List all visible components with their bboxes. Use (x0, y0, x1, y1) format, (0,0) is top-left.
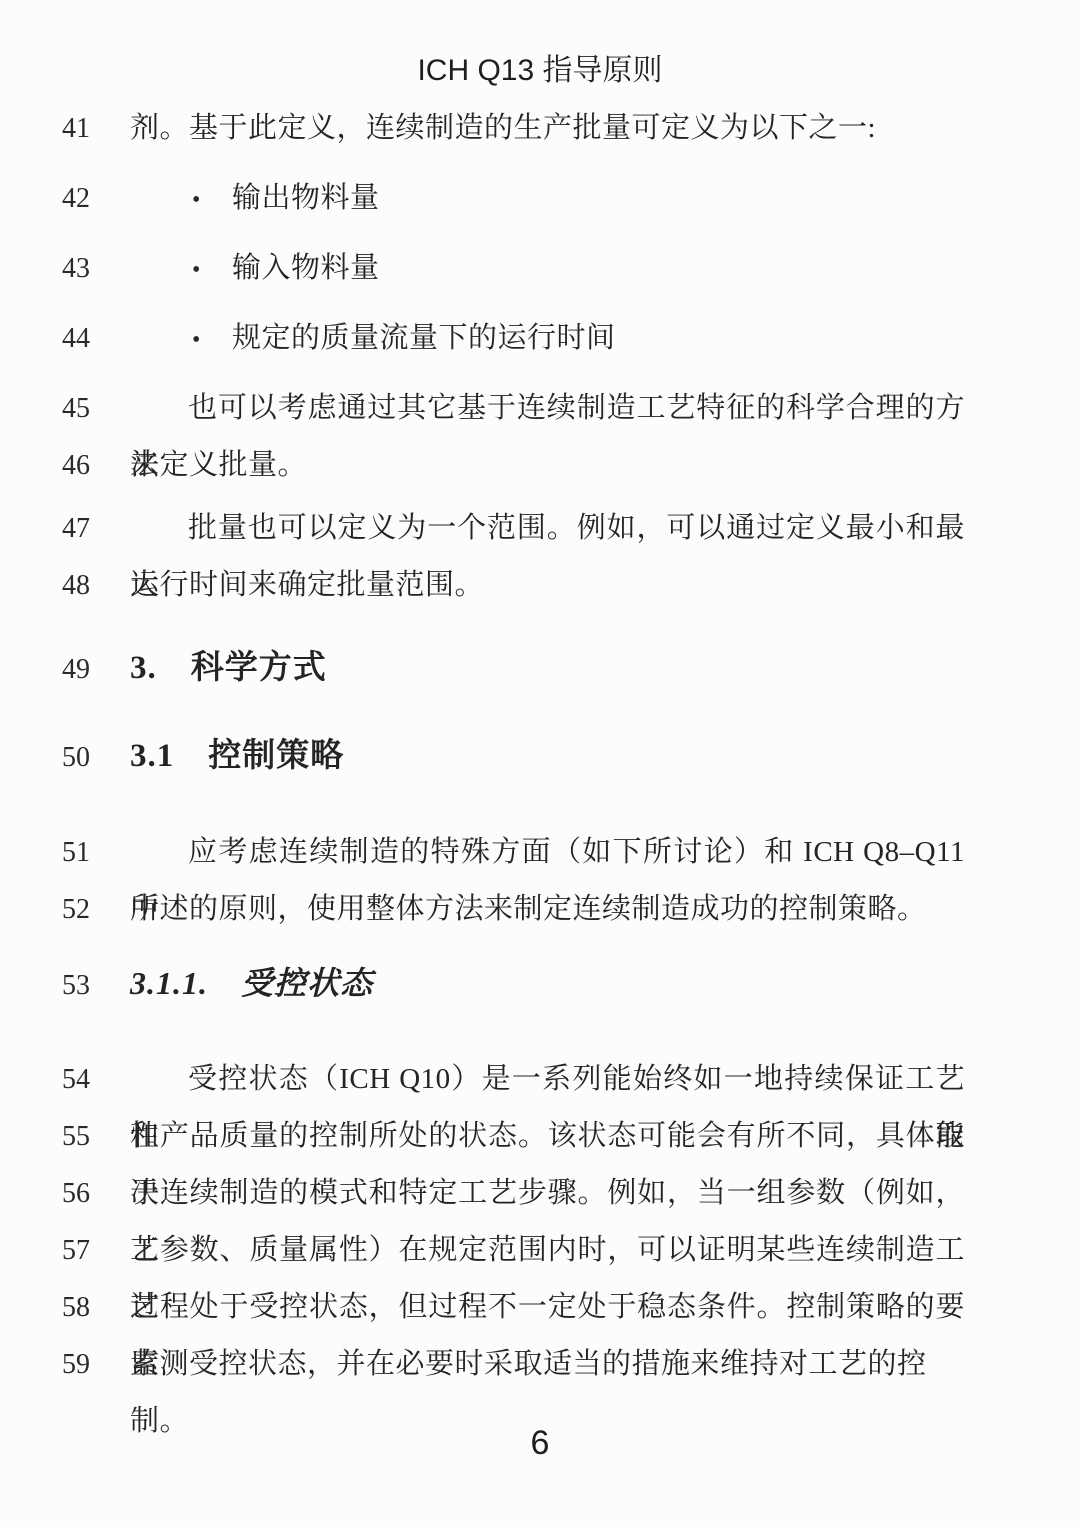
line-number: 43 (62, 240, 130, 297)
doc-line-58: 58过程处于受控状态，但过程不一定处于稳态条件。控制策略的要素 (62, 1279, 965, 1336)
doc-line-55: 55和产品质量的控制所处的状态。该状态可能会有所不同，具体取决 (62, 1108, 965, 1165)
line-number: 53 (62, 955, 130, 1017)
line-number: 52 (62, 881, 130, 938)
page-header: ICH Q13 指导原则 (0, 0, 1080, 92)
line-number: 45 (62, 380, 130, 437)
doc-line-53: 533.1.1. 受控状态 (62, 952, 965, 1014)
doc-line-57: 57艺参数、质量属性）在规定范围内时，可以证明某些连续制造工艺 (62, 1222, 965, 1279)
line-text: 3. 科学方式 (130, 637, 965, 699)
doc-line-44: 44•规定的质量流量下的运行时间 (62, 310, 965, 367)
bullet-item: •输出物料量 (130, 170, 965, 229)
bullet-icon: • (192, 172, 232, 229)
line-text: 运行时间来确定批量范围。 (130, 557, 965, 614)
bullet-item: •输入物料量 (130, 240, 965, 299)
line-number: 58 (62, 1279, 130, 1336)
line-number: 57 (62, 1222, 130, 1279)
line-text: 3.1.1. 受控状态 (130, 952, 965, 1014)
doc-line-47: 47批量也可以定义为一个范围。例如，可以通过定义最小和最大 (62, 500, 965, 557)
line-text: 输入物料量 (232, 240, 380, 297)
document-body: 41剂。基于此定义，连续制造的生产批量可定义为以下之一:42•输出物料量43•输… (0, 92, 1080, 1393)
line-text: 输出物料量 (232, 170, 380, 227)
bullet-icon: • (192, 242, 232, 299)
line-text: 规定的质量流量下的运行时间 (232, 310, 616, 367)
line-number: 48 (62, 557, 130, 614)
line-number: 51 (62, 824, 130, 881)
page-footer: 6 (0, 1424, 1080, 1463)
document-page: ICH Q13 指导原则 41剂。基于此定义，连续制造的生产批量可定义为以下之一… (0, 0, 1080, 1527)
line-number: 41 (62, 100, 130, 157)
line-text: 所述的原则，使用整体方法来制定连续制造成功的控制策略。 (130, 881, 965, 938)
doc-line-48: 48运行时间来确定批量范围。 (62, 557, 965, 614)
doc-line-45: 45也可以考虑通过其它基于连续制造工艺特征的科学合理的方法 (62, 380, 965, 437)
doc-line-46: 46来定义批量。 (62, 437, 965, 494)
line-text: 剂。基于此定义，连续制造的生产批量可定义为以下之一: (130, 100, 965, 157)
line-number: 56 (62, 1165, 130, 1222)
line-number: 49 (62, 639, 130, 701)
doc-line-56: 56于连续制造的模式和特定工艺步骤。例如，当一组参数（例如，工 (62, 1165, 965, 1222)
header-title: ICH Q13 指导原则 (417, 54, 662, 87)
doc-line-43: 43•输入物料量 (62, 240, 965, 297)
line-number: 42 (62, 170, 130, 227)
doc-line-54: 54受控状态（ICH Q10）是一系列能始终如一地持续保证工艺性能 (62, 1051, 965, 1108)
doc-line-42: 42•输出物料量 (62, 170, 965, 227)
line-text: 3.1 控制策略 (130, 725, 965, 787)
bullet-item: •规定的质量流量下的运行时间 (130, 310, 965, 369)
doc-line-41: 41剂。基于此定义，连续制造的生产批量可定义为以下之一: (62, 100, 965, 157)
line-number: 44 (62, 310, 130, 367)
line-text: 来定义批量。 (130, 437, 965, 494)
page-number: 6 (531, 1424, 550, 1462)
doc-line-50: 503.1 控制策略 (62, 725, 965, 787)
doc-line-49: 493. 科学方式 (62, 637, 965, 699)
line-number: 46 (62, 437, 130, 494)
line-number: 59 (62, 1336, 130, 1393)
line-number: 47 (62, 500, 130, 557)
doc-line-52: 52所述的原则，使用整体方法来制定连续制造成功的控制策略。 (62, 881, 965, 938)
doc-line-59: 59监测受控状态，并在必要时采取适当的措施来维持对工艺的控制。 (62, 1336, 965, 1393)
line-number: 55 (62, 1108, 130, 1165)
bullet-icon: • (192, 312, 232, 369)
doc-line-51: 51应考虑连续制造的特殊方面（如下所讨论）和 ICH Q8–Q11 中 (62, 824, 965, 881)
line-number: 54 (62, 1051, 130, 1108)
line-number: 50 (62, 727, 130, 789)
